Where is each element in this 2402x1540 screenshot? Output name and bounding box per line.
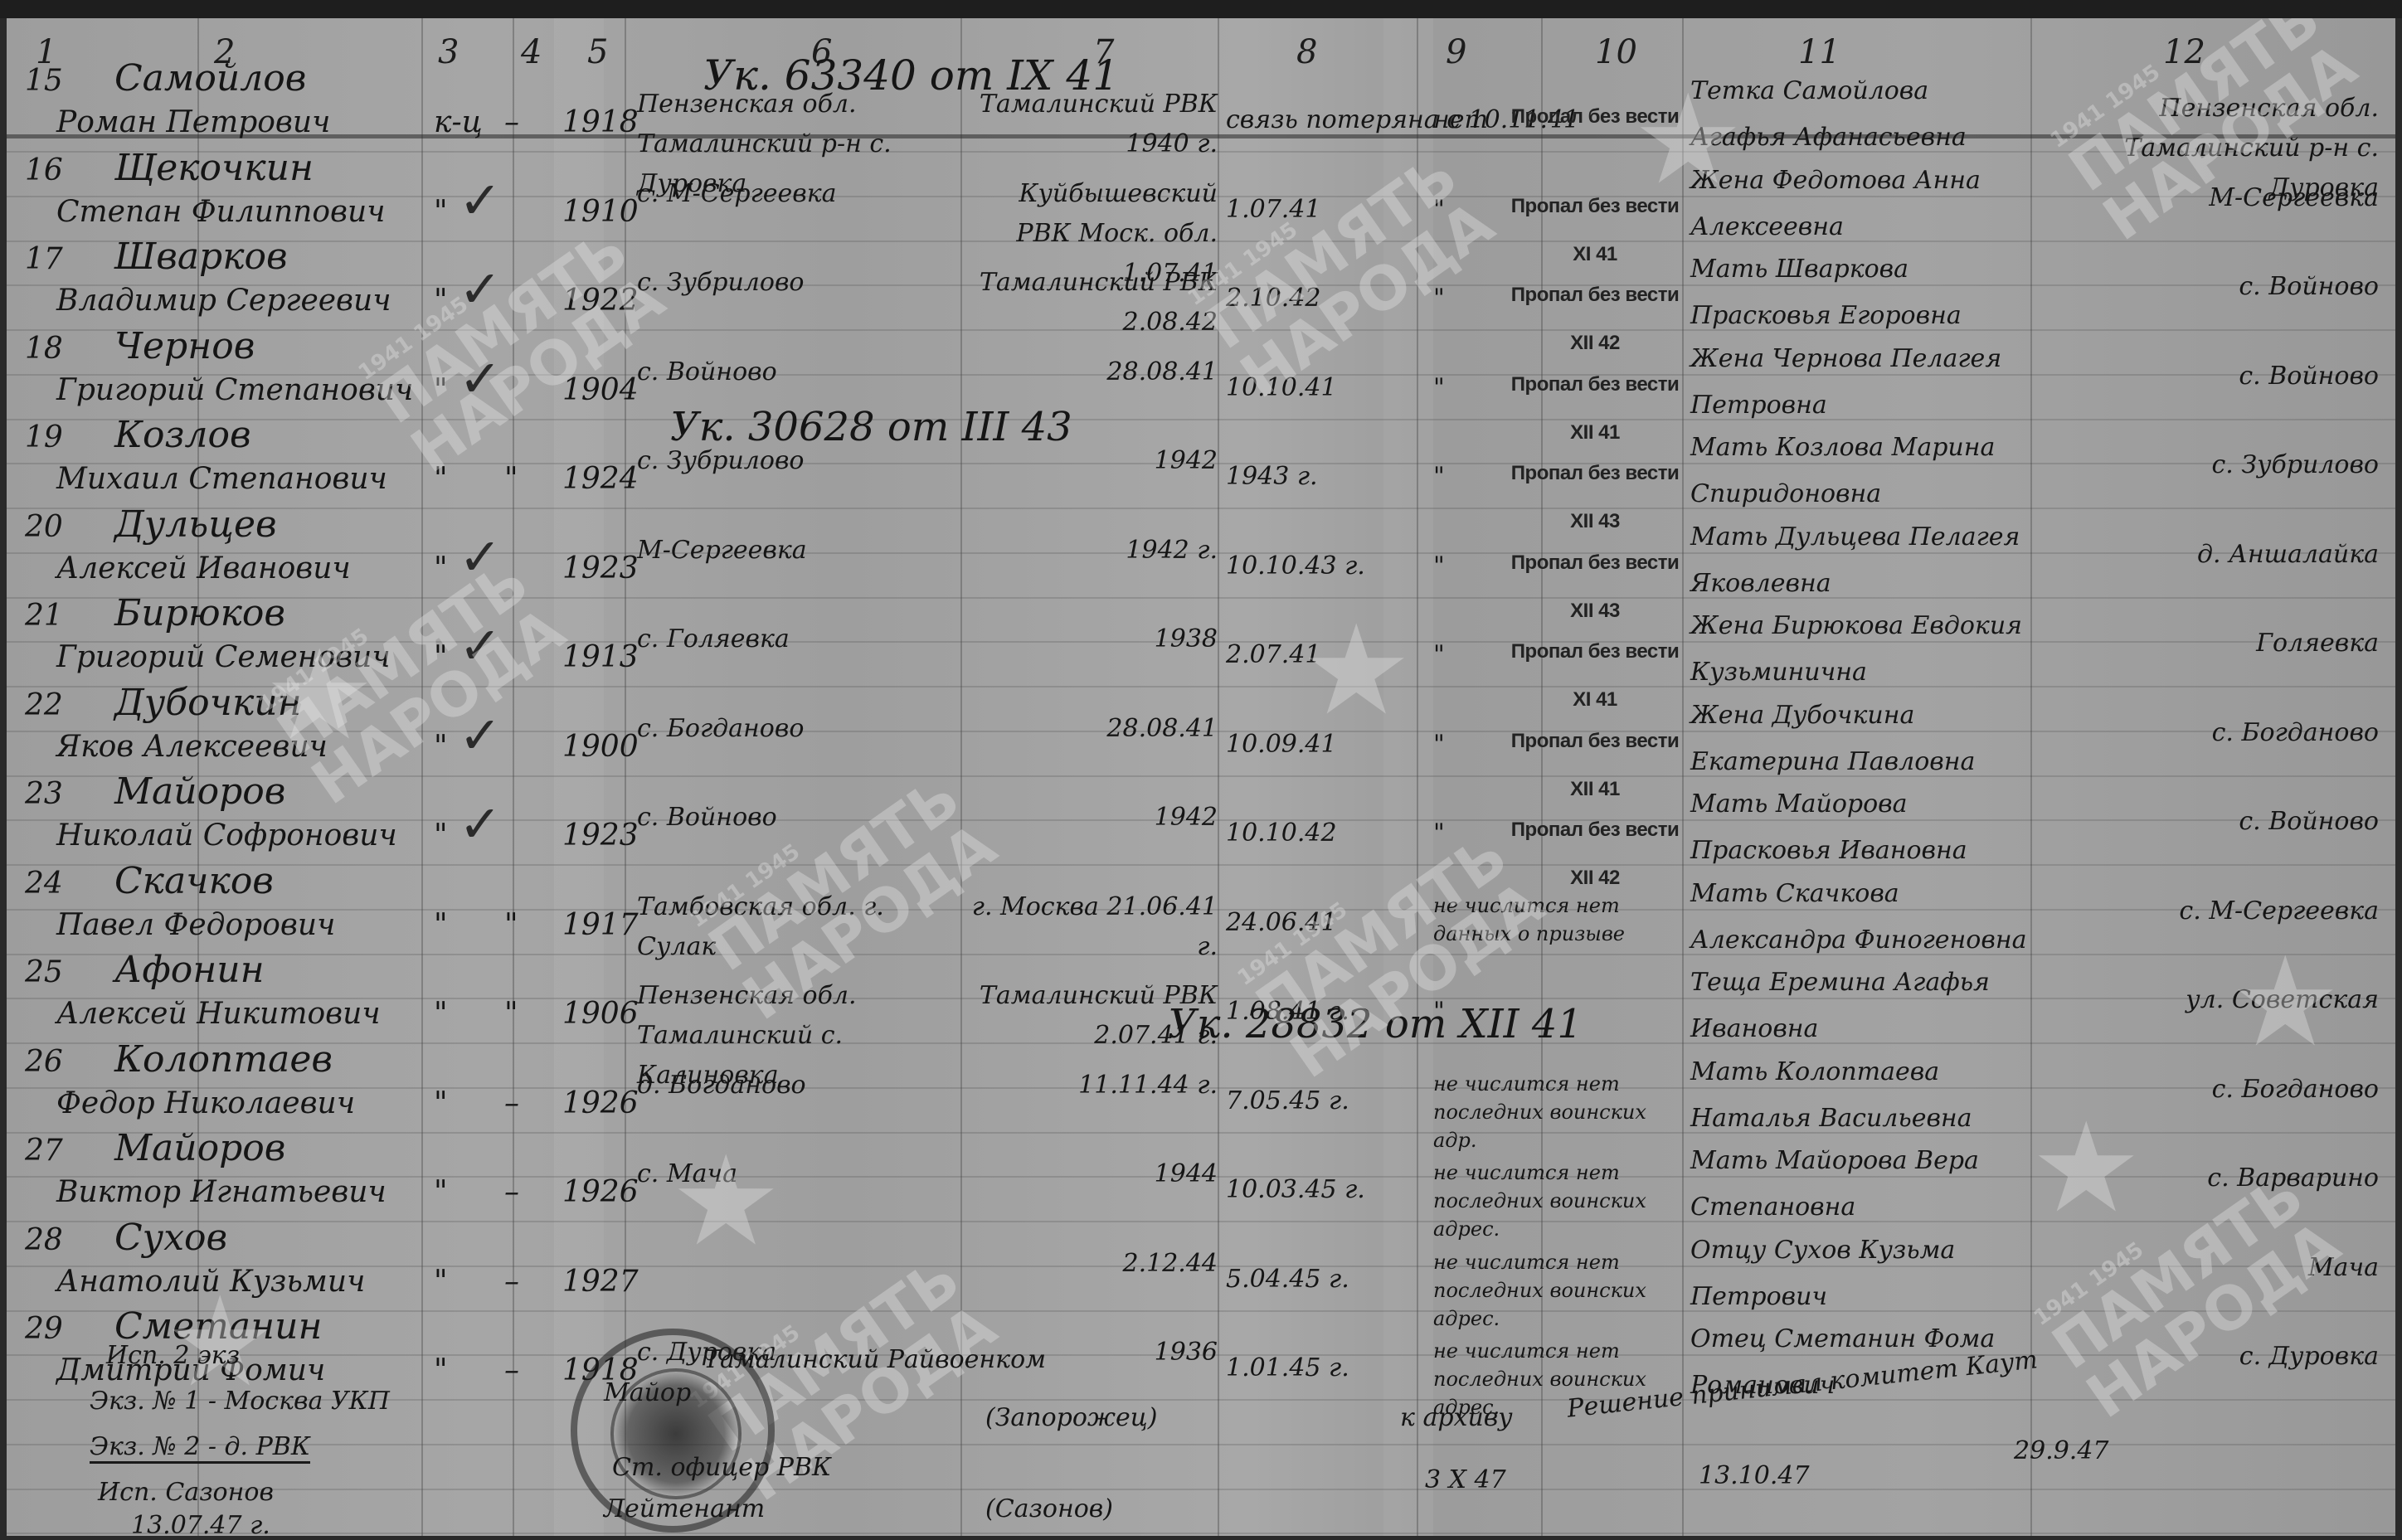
- surname: Майоров: [114, 1127, 285, 1169]
- relative: Мать Майорова Вера Степановна: [1690, 1138, 2030, 1231]
- watermark-star-icon: ★: [1632, 68, 1743, 212]
- row-number: 20: [25, 510, 63, 544]
- resolution-note: 29.9.47: [2014, 1436, 2109, 1465]
- birthplace: М-Сергеевка: [637, 531, 960, 571]
- row-number: 17: [25, 242, 63, 276]
- birth-year: 1906: [562, 997, 639, 1031]
- col3-mark: ": [434, 1175, 448, 1209]
- status-missing: Пропал без вести XII 41: [1500, 361, 1690, 457]
- watermark-star-icon: ★: [1301, 599, 1412, 743]
- last-contact-date: 10.03.45 г.: [1226, 1175, 1365, 1204]
- status-note: не числится нет последних воинских адрес…: [1433, 1248, 1682, 1333]
- watermark-star-icon: ★: [670, 1129, 781, 1274]
- col4-mark: –: [504, 1353, 519, 1387]
- row-number: 22: [25, 688, 63, 722]
- row-rule: [7, 1489, 2395, 1490]
- signature-block-line: Лейтенант: [604, 1494, 765, 1523]
- surname: Козлов: [114, 414, 251, 456]
- relative: Жена Дубочкина Екатерина Павловна: [1690, 692, 2030, 785]
- row-number: 28: [25, 1223, 63, 1257]
- conscription: 1938: [969, 619, 1218, 659]
- status-missing: Пропал без вести XI 41: [1500, 628, 1690, 724]
- relative: Мать Козлова Марина Спиридоновна: [1690, 425, 2030, 517]
- col4-mark: –: [504, 1175, 519, 1209]
- birthplace: с. Богданово: [637, 709, 960, 749]
- col3-mark: ": [434, 1265, 448, 1299]
- surname: Скачков: [114, 860, 274, 902]
- record-note: Ук. 30628 от III 43: [670, 404, 1072, 450]
- col4-mark: ": [504, 997, 518, 1031]
- relative-address: с. Зубрилово: [2047, 445, 2379, 485]
- conscription: 1942: [969, 798, 1218, 838]
- col3-mark: к-ц: [434, 105, 483, 139]
- footer-left-note: Экз. № 1 - Москва УКП: [90, 1387, 390, 1416]
- last-contact-date: 10.10.43 г.: [1226, 551, 1365, 581]
- birthplace: с. Войново: [637, 352, 960, 392]
- birth-year: 1900: [562, 730, 639, 764]
- relative-address: с. Войново: [2047, 802, 2379, 842]
- column-rule: [1218, 18, 1219, 1536]
- given-names: Владимир Сергеевич: [56, 284, 391, 318]
- given-names: Алексей Иванович: [56, 551, 351, 585]
- birth-year: 1923: [562, 551, 639, 585]
- resolution-note: 3 X 47: [1425, 1465, 1506, 1494]
- birth-year: 1927: [562, 1265, 639, 1299]
- relative-address: с. М-Сергеевка: [2047, 891, 2379, 931]
- status-note: не числится нет последних воинских адрес…: [1433, 1159, 1682, 1243]
- given-names: Михаил Степанович: [56, 462, 387, 496]
- row-rule: [7, 597, 2395, 599]
- relative-address: с. Богданово: [2047, 713, 2379, 753]
- row-number: 27: [25, 1134, 63, 1168]
- column-rule: [513, 18, 514, 1536]
- birth-year: 1917: [562, 908, 639, 942]
- col3-mark: ": [434, 1086, 448, 1120]
- conscription: 2.12.44: [969, 1244, 1218, 1284]
- column-number: 4: [521, 33, 542, 71]
- checkmark-icon: ✓: [459, 170, 502, 231]
- status-missing: Пропал без вести XII 41: [1500, 717, 1690, 814]
- surname: Шварков: [114, 236, 288, 278]
- row-number: 29: [25, 1312, 63, 1346]
- conscription: Тамалинский РВК 2.08.42: [969, 263, 1218, 342]
- column-rule: [421, 18, 423, 1536]
- row-number: 23: [25, 777, 63, 811]
- watermark-star-icon: ★: [2229, 930, 2341, 1075]
- col4-mark: –: [504, 1265, 519, 1299]
- row-rule: [7, 864, 2395, 866]
- birth-year: 1924: [562, 462, 639, 496]
- relative: Жена Чернова Пелагея Петровна: [1690, 336, 2030, 429]
- conscription: 28.08.41: [969, 709, 1218, 749]
- conscription: Тамалинский РВК 1940 г.: [969, 85, 1218, 164]
- column-number: 10: [1595, 33, 1637, 71]
- col3-mark: ": [434, 908, 448, 942]
- signature-block-line: Ст. офицер РВК: [612, 1453, 831, 1482]
- signature-block-line: (Сазонов): [985, 1494, 1113, 1523]
- relative: Теща Еремина Агафья Ивановна: [1690, 959, 2030, 1052]
- given-names: Виктор Игнатьевич: [56, 1175, 387, 1209]
- row-number: 25: [25, 955, 63, 989]
- footer-left-note: Исп. Сазонов: [98, 1478, 274, 1507]
- relative-address: д. Аншалайка: [2047, 535, 2379, 575]
- row-number: 15: [25, 64, 63, 98]
- footer-left-note: Исп. 2 экз: [106, 1341, 240, 1370]
- last-contact-date: 5.04.45 г.: [1226, 1265, 1349, 1294]
- column-number: 11: [1798, 33, 1840, 71]
- birth-year: 1918: [562, 105, 639, 139]
- row-rule: [7, 508, 2395, 509]
- col3-mark: ": [434, 195, 448, 229]
- row-number: 16: [25, 153, 63, 187]
- col9: ": [1433, 640, 1445, 669]
- column-number: 5: [587, 33, 608, 71]
- col3-mark: ": [434, 997, 448, 1031]
- surname: Дульцев: [114, 503, 277, 546]
- col4-mark: –: [504, 105, 519, 139]
- col3-mark: ": [434, 1353, 448, 1387]
- surname: Майоров: [114, 770, 285, 813]
- given-names: Григорий Степанович: [56, 373, 413, 407]
- col4-mark: ": [504, 462, 518, 496]
- relative-address: Голяевка: [2047, 624, 2379, 663]
- col4-mark: ": [504, 908, 518, 942]
- col9: ": [1433, 551, 1445, 581]
- row-number: 26: [25, 1045, 63, 1079]
- col9: ": [1433, 462, 1445, 491]
- relative: Мать Колоптаева Наталья Васильевна: [1690, 1049, 2030, 1142]
- last-contact-date: 10.10.42: [1226, 819, 1337, 848]
- birth-year: 1923: [562, 819, 639, 853]
- given-names: Степан Филиппович: [56, 195, 386, 229]
- status-missing: Пропал без вести XII 42: [1500, 271, 1690, 367]
- surname: Чернов: [114, 325, 255, 367]
- birthplace: с. Голяевка: [637, 619, 960, 659]
- signature-block-line: Майор: [604, 1378, 691, 1407]
- given-names: Федор Николаевич: [56, 1086, 355, 1120]
- row-rule: [7, 1533, 2395, 1534]
- given-names: Алексей Никитович: [56, 997, 381, 1031]
- last-contact-date: 1.01.45 г.: [1226, 1353, 1349, 1382]
- birthplace: с. Зубрилово: [637, 263, 960, 303]
- conscription: 1942 г.: [969, 531, 1218, 571]
- surname: Колоптаев: [114, 1038, 333, 1081]
- surname: Бирюков: [114, 592, 285, 634]
- resolution-note: к архиву: [1400, 1403, 1513, 1432]
- relative-address: с. Войново: [2047, 357, 2379, 396]
- row-number: 21: [25, 599, 63, 633]
- conscription: г. Москва 21.06.41 г.: [969, 887, 1218, 967]
- footer-left-note: Экз. № 2 - д. РВК: [90, 1432, 310, 1464]
- conscription: 11.11.44 г.: [969, 1066, 1218, 1105]
- conscription: 28.08.41: [969, 352, 1218, 392]
- birth-year: 1926: [562, 1175, 639, 1209]
- resolution-note: 13.10.47: [1699, 1461, 1810, 1490]
- given-names: Николай Софронович: [56, 819, 397, 853]
- signature-block-line: (Запорожец): [985, 1403, 1157, 1432]
- surname: Афонин: [114, 949, 265, 991]
- col4-mark: –: [504, 1086, 519, 1120]
- col9: ": [1433, 373, 1445, 402]
- row-rule: [7, 419, 2395, 420]
- relative-address: с. Войново: [2047, 267, 2379, 307]
- row-number: 24: [25, 867, 63, 901]
- column-number: 8: [1296, 33, 1317, 71]
- watermark-star-icon: ★: [2030, 1096, 2142, 1241]
- signature-block-line: Тамалинский Райвоенком: [703, 1345, 1046, 1374]
- document-sheet: 123456789101112Ук. 63340 от IX 41 15Само…: [7, 18, 2395, 1536]
- relative: Мать Шваркова Прасковья Егоровна: [1690, 246, 2030, 339]
- footer-left-note: 13.07.47 г.: [131, 1511, 270, 1536]
- relative: Мать Майорова Прасковья Ивановна: [1690, 781, 2030, 874]
- conscription: 1944: [969, 1154, 1218, 1194]
- checkmark-icon: ✓: [459, 794, 502, 854]
- birthplace: д. Богданово: [637, 1066, 960, 1105]
- row-number: 18: [25, 332, 63, 366]
- surname: Самойлов: [114, 57, 306, 100]
- last-contact-date: 1943 г.: [1226, 462, 1318, 491]
- birth-year: 1926: [562, 1086, 639, 1120]
- scan-top-border: [0, 0, 2402, 18]
- last-contact-date: 7.05.45 г.: [1226, 1086, 1349, 1115]
- row-number: 19: [25, 420, 63, 454]
- column-number: 9: [1446, 33, 1466, 71]
- surname: Щекочкин: [114, 147, 314, 189]
- col3-mark: ": [434, 819, 448, 853]
- status-missing: Пропал без вести XII 43: [1500, 539, 1690, 635]
- col9: нет: [1433, 105, 1488, 134]
- relative: Жена Бирюкова Евдокия Кузьминична: [1690, 603, 2030, 696]
- status-note: не числится нет последних воинских адр.: [1433, 1070, 1682, 1154]
- watermark: 1941 1945ПАМЯТЬНАРОДА: [1184, 125, 1503, 407]
- given-names: Павел Федорович: [56, 908, 335, 942]
- given-names: Роман Петрович: [56, 105, 330, 139]
- birth-year: 1913: [562, 640, 639, 674]
- col9: ": [1433, 730, 1445, 759]
- birthplace: с. М-Сергеевка: [637, 174, 960, 214]
- relative: Мать Дульцева Пелагея Яковлевна: [1690, 514, 2030, 607]
- column-number: 3: [438, 33, 459, 71]
- surname: Сухов: [114, 1217, 227, 1259]
- relative: Отцу Сухов Кузьма Петрович: [1690, 1227, 2030, 1320]
- watermark-star-icon: ★: [264, 624, 375, 768]
- relative: Мать Скачкова Александра Финогеновна: [1690, 871, 2030, 964]
- status-missing: Пропал без вести XII 43: [1500, 449, 1690, 546]
